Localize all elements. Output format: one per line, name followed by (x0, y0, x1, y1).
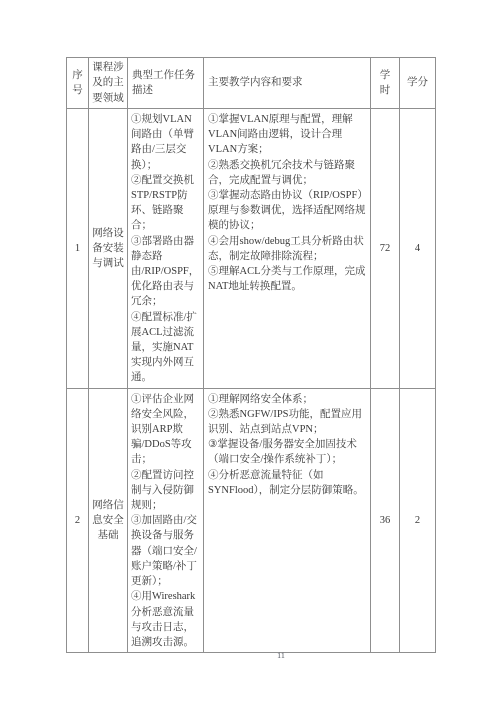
cell-course-area: 网络信息安全基础 (89, 388, 128, 652)
page-number: 11 (277, 651, 285, 661)
table-row: 2 网络信息安全基础 ①评估企业网络安全风险，识别ARP欺骗/DDoS等攻击； … (67, 388, 436, 652)
course-table: 序号 课程涉及的主要领域 典型工作任务描述 主要教学内容和要求 学时 学分 1 … (66, 57, 436, 653)
cell-task-description: ①评估企业网络安全风险，识别ARP欺骗/DDoS等攻击； ②配置访问控制与入侵防… (128, 388, 204, 652)
cell-credits: 4 (400, 109, 436, 389)
cell-hours: 36 (371, 388, 400, 652)
cell-row-number: 1 (67, 109, 89, 389)
column-header-no: 序号 (67, 58, 89, 109)
table-row: 1 网络设备安装与调试 ①规划VLAN间路由（单臂路由/三层交换）； ②配置交换… (67, 109, 436, 389)
column-header-hours: 学时 (371, 58, 400, 109)
cell-course-area: 网络设备安装与调试 (89, 109, 128, 389)
column-header-area: 课程涉及的主要领域 (89, 58, 128, 109)
cell-teaching-content: ①掌握VLAN原理与配置，理解VLAN间路由逻辑，设计合理VLAN方案； ②熟悉… (204, 109, 371, 389)
cell-row-number: 2 (67, 388, 89, 652)
column-header-tasks: 典型工作任务描述 (128, 58, 204, 109)
document-page: 序号 课程涉及的主要领域 典型工作任务描述 主要教学内容和要求 学时 学分 1 … (0, 0, 500, 707)
column-header-content: 主要教学内容和要求 (204, 58, 371, 109)
table-header-row: 序号 课程涉及的主要领域 典型工作任务描述 主要教学内容和要求 学时 学分 (67, 58, 436, 109)
cell-credits: 2 (400, 388, 436, 652)
cell-teaching-content: ①理解网络安全体系； ②熟悉NGFW/IPS功能，配置应用识别、站点到站点VPN… (204, 388, 371, 652)
column-header-credits: 学分 (400, 58, 436, 109)
cell-hours: 72 (371, 109, 400, 389)
cell-task-description: ①规划VLAN间路由（单臂路由/三层交换）； ②配置交换机STP/RSTP防环、… (128, 109, 204, 389)
